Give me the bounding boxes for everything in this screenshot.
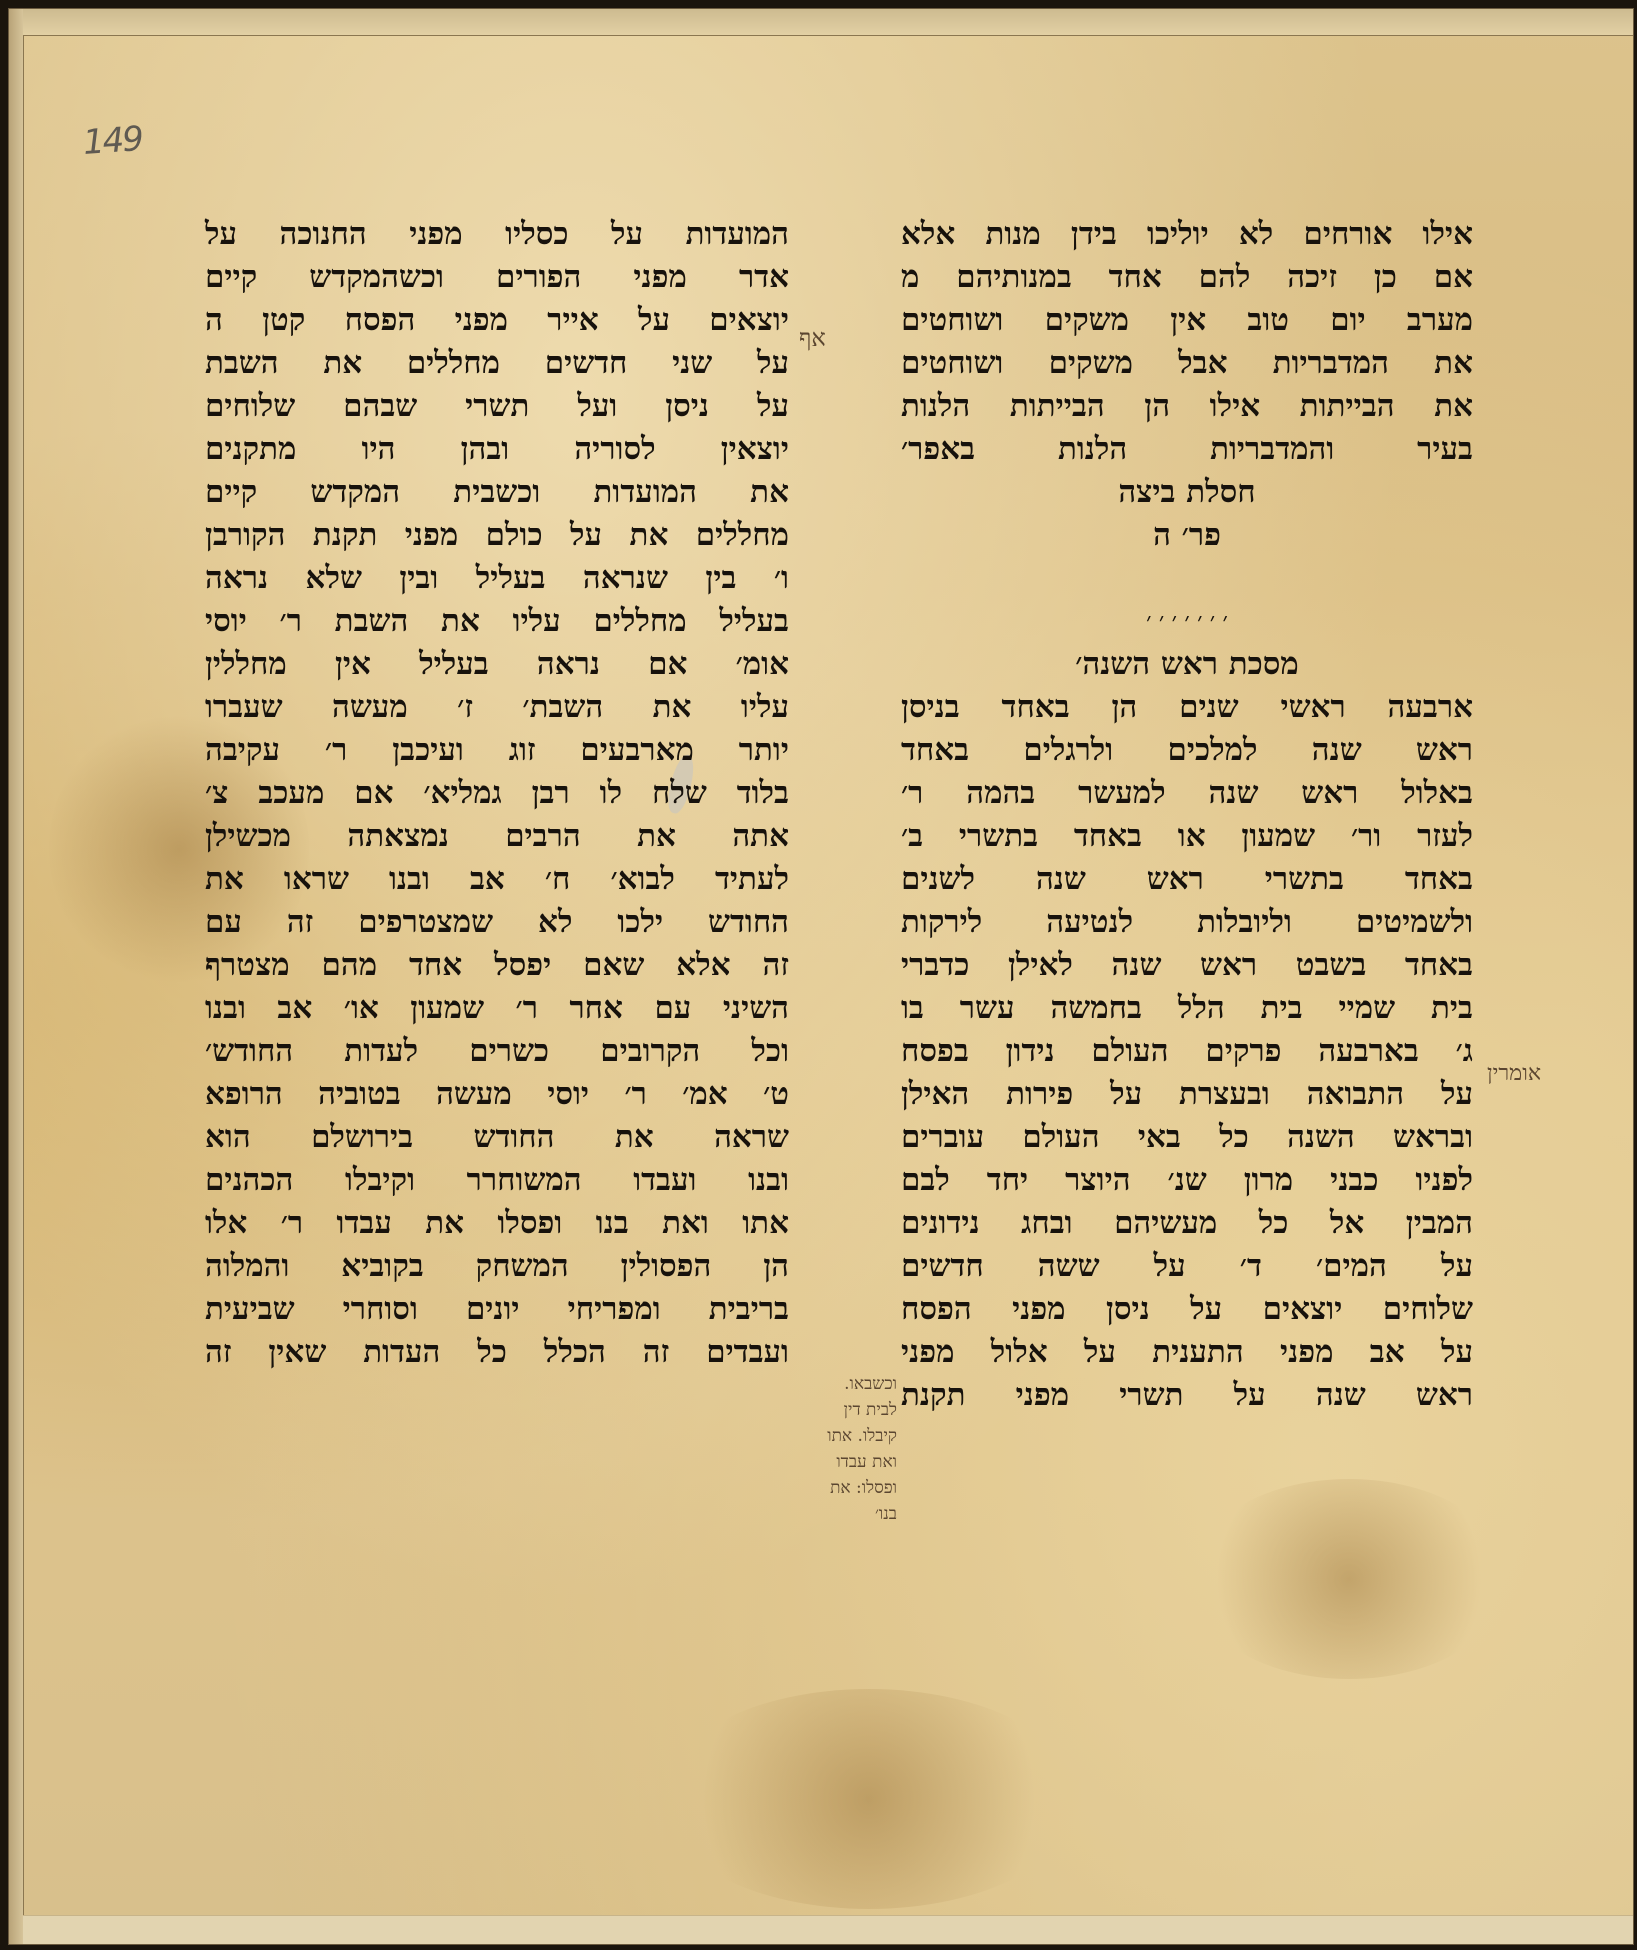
text-line: באחד בתשרי ראש שנה לשנים [901, 858, 1473, 901]
text-line: את המועדות וכשבית המקדש קיים [205, 471, 789, 514]
left-text-column: המועדות על כסליו מפני החנוכה על אדר מפני… [205, 213, 789, 1374]
text-line: על אב מפני התענית על אלול מפני [901, 1331, 1473, 1374]
page-bottom-edge [23, 1915, 1633, 1944]
gloss-line: בנו׳ [779, 1501, 897, 1527]
text-line: על שני חדשים מחללים את השבת [205, 342, 789, 385]
text-line: וכל הקרובים כשרים לעדות החודש׳ [205, 1030, 789, 1073]
text-line: את הבייתות אילו הן הבייתות הלנות [901, 385, 1473, 428]
text-line: לעתיד לבוא׳ ח׳ אב ובנו שראו את [205, 858, 789, 901]
blank-line [901, 557, 1473, 600]
gloss-line: קיבלו. אתו [779, 1423, 897, 1449]
text-line: מערב יום טוב אין משקים ושוחטים [901, 299, 1473, 342]
text-line: אתה את הרבים נמצאתה מכשילן [205, 815, 789, 858]
gloss-line: ואת עבדו [779, 1449, 897, 1475]
text-line: את המדבריות אבל משקים ושוחטים [901, 342, 1473, 385]
text-line: יוצאין לסוריה ובהן היו מתקנים [205, 428, 789, 471]
text-line: בריבית ומפריחי יונים וסוחרי שביעית [205, 1288, 789, 1331]
text-line: באלול ראש שנה למעשר בהמה ר׳ [901, 772, 1473, 815]
text-line: באחד בשבט ראש שנה לאילן כדברי [901, 944, 1473, 987]
text-line: יותר מארבעים זוג ועיכבן ר׳ עקיבה [205, 729, 789, 772]
text-line: לעזר ור׳ שמעון או באחד בתשרי ב׳ [901, 815, 1473, 858]
text-line: אם כן זיכה להם אחד במנותיהם מ [901, 256, 1473, 299]
text-line: בית שמיי בית הלל בחמשה עשר בו [901, 987, 1473, 1030]
manuscript-page: 149 אף אומרין וכשבאו. לבית דין קיבלו. את… [8, 8, 1634, 1945]
text-line: מחללים את על כולם מפני תקנת הקורבן [205, 514, 789, 557]
text-line: ראש שנה למלכים ולרגלים באחד [901, 729, 1473, 772]
stain [1189, 1479, 1509, 1679]
text-line: לפניו כבני מרון שנ׳ היוצר יחד לבם [901, 1159, 1473, 1202]
text-line: ובנו ועבדו המשוחרר וקיבלו הכהנים [205, 1159, 789, 1202]
chapter-marker: פר׳ ה [901, 514, 1473, 557]
text-line: השיני עם אחר ר׳ שמעון או׳ אב ובנו [205, 987, 789, 1030]
text-line: המבין אל כל מעשיהם ובחג נידונים [901, 1202, 1473, 1245]
gloss-line: ופסלו: את [779, 1475, 897, 1501]
gloss-line: לבית דין [779, 1397, 897, 1423]
text-line: על התבואה ובעצרת על פירות האילן [901, 1073, 1473, 1116]
colophon-beitzah: חסלת ביצה [901, 471, 1473, 514]
text-line: עליו את השבת׳ ז׳ מעשה שעברו [205, 686, 789, 729]
text-line: אומ׳ אם נראה בעליל אין מחללין [205, 643, 789, 686]
text-line: אדר מפני הפורים וכשהמקדש קיים [205, 256, 789, 299]
stain [659, 1689, 1079, 1909]
text-line: שלוחים יוצאים על ניסן מפני הפסח [901, 1288, 1473, 1331]
text-line: ובראש השנה כל באי העולם עוברים [901, 1116, 1473, 1159]
folio-number: 149 [82, 119, 144, 163]
right-margin-note: אומרין [1487, 1061, 1541, 1087]
text-line: יוצאים על אייר מפני הפסח קטן ה [205, 299, 789, 342]
right-text-column: אילו אורחים לא יוליכו בידן מנות אלא אם כ… [901, 213, 1473, 1417]
title-decoration: ׳ ׳ ׳ ׳ ׳ ׳ ׳ [901, 600, 1473, 643]
text-line: ולשמיטים וליובלות לנטיעה לירקות [901, 901, 1473, 944]
text-line: בעליל מחללים עליו את השבת ר׳ יוסי [205, 600, 789, 643]
text-line: ו׳ בין שנראה בעליל ובין שלא נראה [205, 557, 789, 600]
text-line: ועבדים זה הכלל כל העדות שאין זה [205, 1331, 789, 1374]
text-line: הן הפסולין המשחק בקוביא והמלוה [205, 1245, 789, 1288]
gloss-line: וכשבאו. [779, 1371, 897, 1397]
text-line: אתו ואת בנו ופסלו את עבדו ר׳ אלו [205, 1202, 789, 1245]
gutter-note: אף [799, 325, 826, 351]
text-line: המועדות על כסליו מפני החנוכה על [205, 213, 789, 256]
text-line: שראה את החודש בירושלם הוא [205, 1116, 789, 1159]
text-line: ט׳ אמ׳ ר׳ יוסי מעשה בטוביה הרופא [205, 1073, 789, 1116]
text-line: זה אלא שאם יפסל אחד מהם מצטרף [205, 944, 789, 987]
text-line: ראש שנה על תשרי מפני תקנת [901, 1374, 1473, 1417]
text-line: על המים׳ ד׳ על ששה חדשים [901, 1245, 1473, 1288]
text-line: בלוד שלח לו רבן גמליא׳ אם מעכב צ׳ [205, 772, 789, 815]
tractate-title: מסכת ראש השנה׳ [901, 643, 1473, 686]
text-line: אילו אורחים לא יוליכו בידן מנות אלא [901, 213, 1473, 256]
text-line: ג׳ בארבעה פרקים העולם נידון בפסח [901, 1030, 1473, 1073]
text-line: ארבעה ראשי שנים הן באחד בניסן [901, 686, 1473, 729]
text-line: החודש ילכו לא שמצטרפים זה עם [205, 901, 789, 944]
bottom-gutter-gloss: וכשבאו. לבית דין קיבלו. אתו ואת עבדו ופס… [779, 1371, 897, 1527]
text-line: בעיר והמדבריות הלנות באפר׳ [901, 428, 1473, 471]
text-line: על ניסן ועל תשרי שבהם שלוחים [205, 385, 789, 428]
